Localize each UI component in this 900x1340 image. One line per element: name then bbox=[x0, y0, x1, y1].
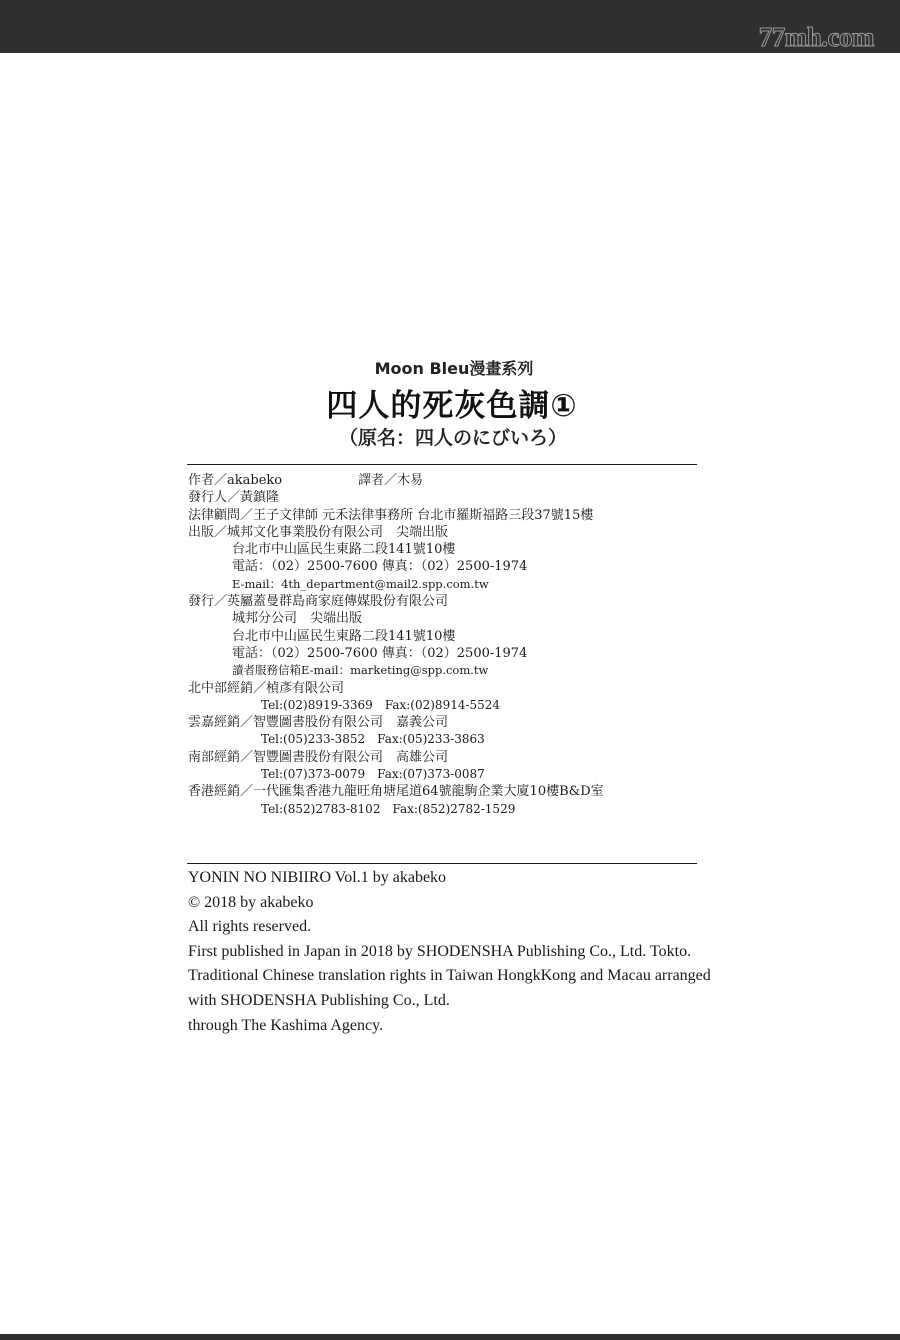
issuer: 發行人／黃鎮隆 bbox=[188, 489, 708, 506]
distributor-address: 台北市中山區民生東路二段141號10樓 bbox=[188, 628, 708, 645]
distributor-phone: 電話：（02）2500-7600 傳真：（02）2500-1974 bbox=[188, 645, 708, 662]
south-distributor: 南部經銷／智豐圖書股份有限公司 高雄公司 bbox=[188, 749, 708, 766]
legal-counsel: 法律顧問／王子文律師 元禾法律事務所 台北市羅斯福路三段37號15樓 bbox=[188, 507, 708, 524]
bottom-bar bbox=[0, 1334, 900, 1340]
arranged-with-line: with SHODENSHA Publishing Co., Ltd. bbox=[188, 989, 748, 1014]
publisher-address: 台北市中山區民生東路二段141號10樓 bbox=[188, 541, 708, 558]
series-label: Moon Bleu漫畫系列 bbox=[4, 356, 900, 379]
translator: 譯者／木易 bbox=[358, 472, 423, 489]
distributor-name: 發行／英屬蓋曼群島商家庭傳媒股份有限公司 bbox=[188, 593, 708, 610]
distributor-branch: 城邦分公司 尖端出版 bbox=[188, 610, 708, 627]
publisher-email: E-mail：4th_department@mail2.spp.com.tw bbox=[188, 576, 708, 593]
credits-block: 作者／akabeko 譯者／木易 發行人／黃鎮隆 法律顧問／王子文律師 元禾法律… bbox=[188, 472, 708, 818]
divider-top bbox=[187, 464, 697, 465]
north-contact: Tel:(02)8919-3369 Fax:(02)8914-5524 bbox=[188, 697, 708, 714]
south-contact: Tel:(07)373-0079 Fax:(07)373-0087 bbox=[188, 766, 708, 783]
translation-rights-line: Traditional Chinese translation rights i… bbox=[188, 964, 748, 989]
site-watermark: 77mh.com bbox=[759, 22, 874, 53]
first-published-line: First published in Japan in 2018 by SHOD… bbox=[188, 940, 748, 965]
top-bar: 77mh.com bbox=[0, 0, 900, 53]
copyright-block: YONIN NO NIBIIRO Vol.1 by akabeko © 2018… bbox=[188, 866, 748, 1038]
distributor-email: 讀者服務信箱E-mail：marketing@spp.com.tw bbox=[188, 662, 708, 679]
hongkong-contact: Tel:(852)2783-8102 Fax:(852)2782-1529 bbox=[188, 801, 708, 818]
copyright-line: © 2018 by akabeko bbox=[188, 891, 748, 916]
hongkong-distributor: 香港經銷／一代匯集香港九龍旺角塘尾道64號龍駒企業大廈10樓B&D室 bbox=[188, 783, 708, 800]
original-title: （原名：四人のにびいろ） bbox=[3, 423, 900, 450]
yunjia-contact: Tel:(05)233-3852 Fax:(05)233-3863 bbox=[188, 731, 708, 748]
publisher-name: 出版／城邦文化事業股份有限公司 尖端出版 bbox=[188, 524, 708, 541]
rights-line: All rights reserved. bbox=[188, 915, 748, 940]
yunjia-distributor: 雲嘉經銷／智豐圖書股份有限公司 嘉義公司 bbox=[188, 714, 708, 731]
author: 作者／akabeko bbox=[188, 473, 282, 488]
agency-line: through The Kashima Agency. bbox=[188, 1014, 748, 1039]
publisher-phone: 電話：（02）2500-7600 傳真：（02）2500-1974 bbox=[188, 558, 708, 575]
original-title-line: YONIN NO NIBIIRO Vol.1 by akabeko bbox=[188, 866, 748, 891]
divider-bottom bbox=[187, 863, 697, 864]
author-row: 作者／akabeko 譯者／木易 bbox=[188, 472, 708, 489]
north-distributor: 北中部經銷／楨彥有限公司 bbox=[188, 680, 708, 697]
book-title: 四人的死灰色調① bbox=[2, 380, 900, 425]
